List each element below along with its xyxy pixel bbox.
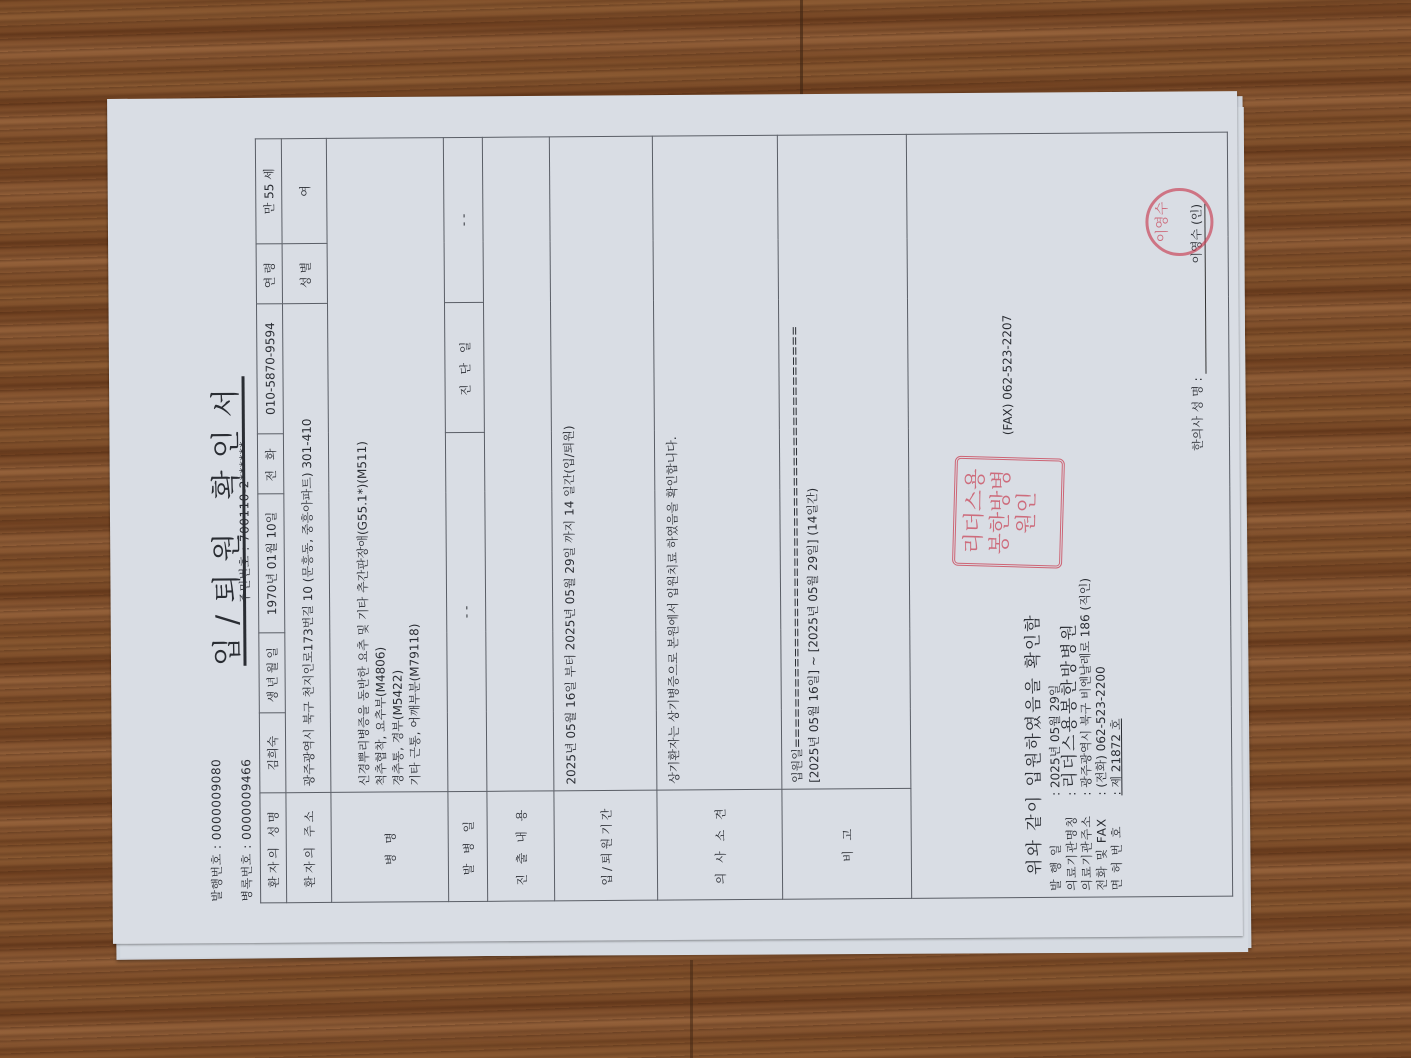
patient-name: 김희숙 [259,713,286,793]
diagnosis-list: 신경뿌리병증을 동반한 요추 및 기타 추간판장애(G55.1*)(M511) … [326,138,448,793]
doctor-sign-label: 한의사 성 명 : [1191,377,1206,451]
record-number-value: 0000009466 [239,759,254,840]
note-value: [2025년 05월 16일] ~ [2025년 05월 29일] (14일간) [801,141,822,782]
resident-number-label: 주민번호 [238,555,252,603]
institution-phone: (전화) 062-523-2200 [1093,666,1108,787]
institution-address-value: 광주광역시 북구 비엔날레로 186 [1078,614,1093,788]
resident-number-value: 700110-2****** [237,441,252,542]
note-label: 비 고 [782,789,912,900]
diagnosis-label: 병 명 [331,792,449,903]
phone-fax-label: 전화 및 FAX [1094,795,1110,890]
license-label: 면 허 번 호 [1109,795,1125,890]
record-number-label: 병록번호 [240,853,254,901]
table-row: 병 명 신경뿌리병증을 동반한 요추 및 기타 추간판장애(G55.1*)(M5… [326,138,448,903]
note-content: 입원일=====================================… [777,134,911,789]
table-seam [690,960,693,1058]
table-row: 의 사 소 견 상기환자는 상기병증으로 본원에서 입원치료 하였음을 확인합니… [652,135,782,900]
seal-label: (직인) [1077,578,1091,611]
treatment-value [482,137,554,792]
issue-number-value: 0000009080 [209,759,224,840]
age-value: 만 55 세 [255,139,282,244]
issue-number: 발행번호 : 0000009080 [207,759,225,902]
certificate-sheet: 입/퇴원 확인서 발행번호 : 0000009080 병록번호 : 000000… [107,91,1243,944]
doctor-seal-stamp: 이영수 [1145,188,1213,256]
issue-number-label: 발행번호 [210,853,224,901]
institution-address-label: 의료기관주소 [1079,796,1095,891]
resident-number: 주민번호 : 700110-2****** [235,441,253,603]
sex-value: 여 [281,138,327,243]
license-value: 제 21872 호 [1108,719,1122,788]
table-row: 발 병 일 - - 진 단 일 - - [443,137,487,901]
institution-name-value: 리더스용봉한방병원 [1059,622,1080,788]
certificate-page: 입/퇴원 확인서 발행번호 : 0000009080 병록번호 : 000000… [107,92,1242,944]
sex-label: 성별 [282,243,327,303]
phone-label: 전 화 [257,433,283,493]
diagnosis-item: 기타 근통, 어깨부분(M79118) [402,144,423,785]
institution-name-label: 의료기관명칭 [1064,796,1080,891]
address-value: 광주광역시 북구 천지인로173번길 10 (문흥동, 중흥아파트) 301-4… [282,303,330,793]
phone-value: 010-5870-9594 [256,304,283,434]
certificate-table: 환자의 성명 김희숙 생년월일 1970년 01월 10일 전 화 010-58… [255,132,1233,904]
address-label: 환자의 주소 [286,793,332,903]
period-label: 입/퇴원기간 [554,790,658,900]
footer-block: 위와 같이 입원하였음을 확인함 발 행 일: 2025년 05월 29일 의료… [906,132,1232,898]
record-number: 병록번호 : 0000009466 [237,759,255,902]
patient-name-label: 환자의 성명 [260,793,287,903]
issue-date-label: 발 행 일 [1048,796,1064,891]
dob-value: 1970년 01월 10일 [258,493,285,633]
onset-label: 발 병 일 [448,792,488,902]
diagnosis-date-value: - - [443,137,483,302]
institution-fax: (FAX) 062-523-2207 [1000,315,1015,436]
period-value: 2025년 05월 16일 부터 2025년 05월 29일 까지 14 일간(… [549,136,657,791]
age-label: 연령 [256,244,282,304]
opinion-value: 상기환자는 상기병증으로 본원에서 입원치료 하였음을 확인합니다. [652,135,782,790]
opinion-label: 의 사 소 견 [657,790,783,901]
hospital-seal-stamp: 리더스용봉한방병원인 [952,456,1065,569]
table-row: 입/퇴원기간 2025년 05월 16일 부터 2025년 05월 29일 까지… [549,136,657,901]
table-row: 진 출 내 용 [482,137,554,901]
treatment-label: 진 출 내 용 [487,791,555,901]
onset-value: - - [445,432,487,792]
table-row: 환자의 주소 광주광역시 북구 천지인로173번길 10 (문흥동, 중흥아파트… [281,138,331,902]
dob-label: 생년월일 [259,633,286,713]
table-row: 비 고 입원일=================================… [777,134,911,899]
table-row: 위와 같이 입원하였음을 확인함 발 행 일: 2025년 05월 29일 의료… [906,132,1232,898]
diagnosis-date-label: 진 단 일 [444,302,484,432]
